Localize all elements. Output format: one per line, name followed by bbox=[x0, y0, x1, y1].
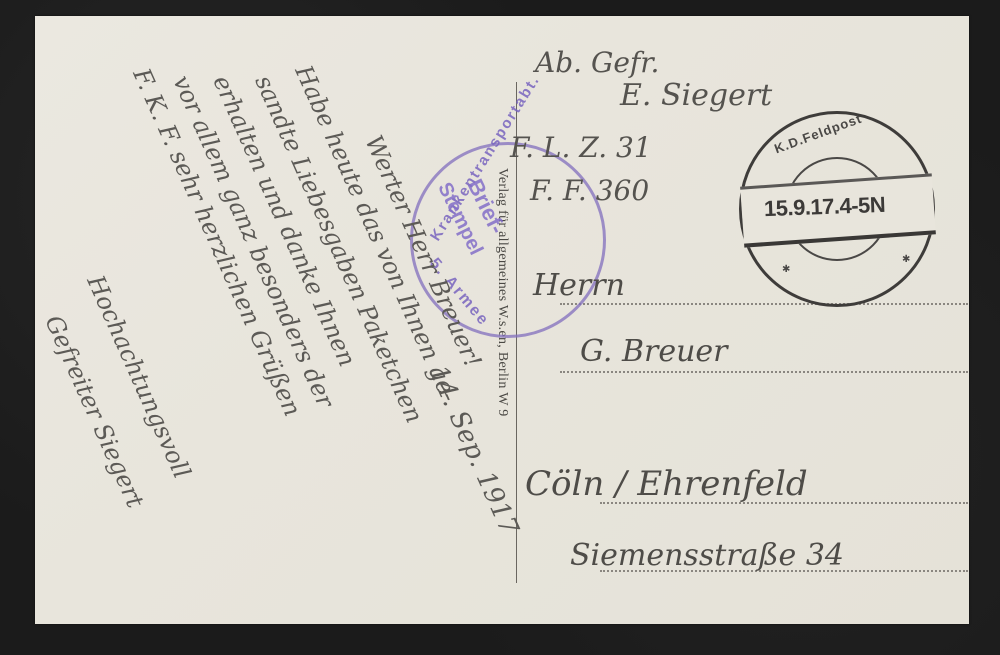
address-street: Siemensstraße 34 bbox=[570, 538, 844, 573]
address-line-2 bbox=[560, 371, 968, 373]
postcard: Verlag für allgemeines W.s.en, Berlin W … bbox=[35, 16, 969, 624]
sender-line-1: Ab. Gefr. bbox=[535, 46, 659, 79]
sender-line-4: F. F. 360 bbox=[530, 174, 649, 207]
address-salutation: Herrn bbox=[533, 268, 625, 303]
address-line-1 bbox=[560, 303, 968, 305]
postmark-date: 15.9.17.4-5N bbox=[764, 192, 886, 222]
postmark-star-icon: ✱ bbox=[782, 264, 790, 275]
postmark: K.D.Feldpost 15.9.17.4-5N ✱ ✱ bbox=[739, 111, 935, 307]
sender-line-3: F. L. Z. 31 bbox=[510, 131, 652, 164]
address-name: G. Breuer bbox=[580, 334, 728, 369]
sender-line-2: E. Siegert bbox=[620, 78, 772, 113]
address-city: Cöln / Ehrenfeld bbox=[525, 464, 808, 504]
postmark-star-icon: ✱ bbox=[902, 254, 910, 265]
postmark-top-text: K.D.Feldpost bbox=[772, 111, 864, 157]
